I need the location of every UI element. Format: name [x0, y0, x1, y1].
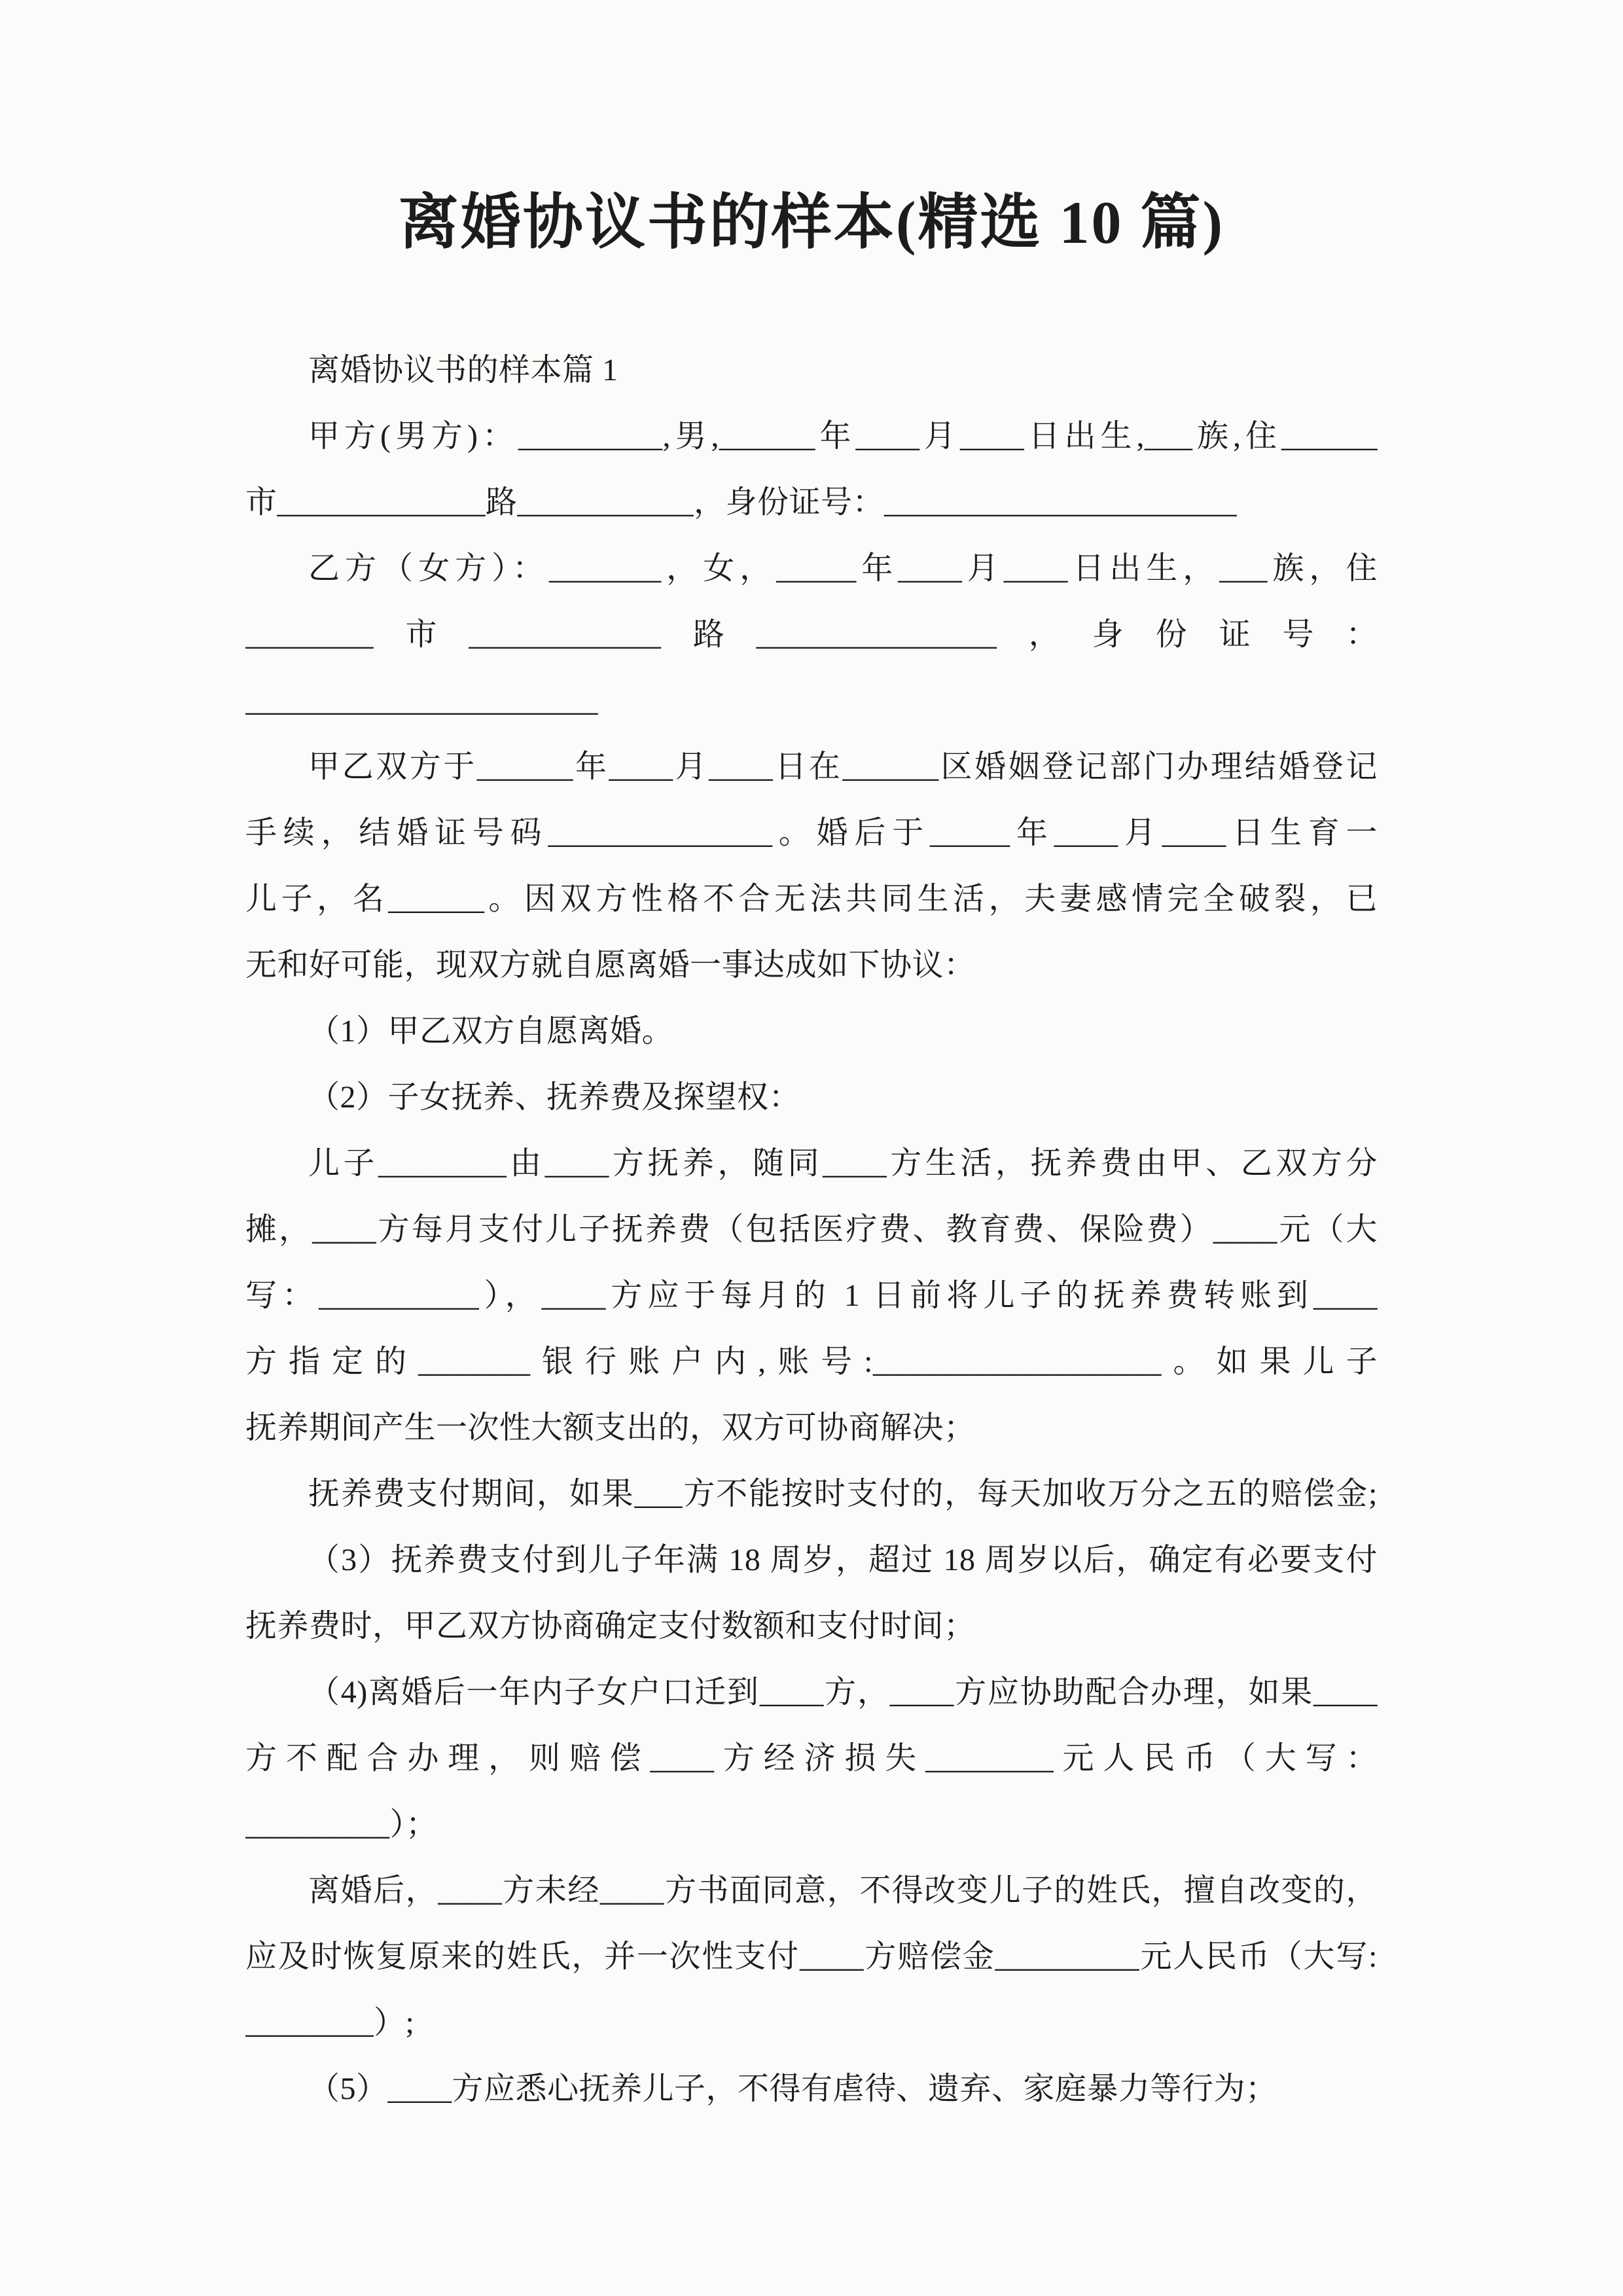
text-line: （1）甲乙双方自愿离婚。: [245, 998, 1378, 1064]
text-line: 应及时恢复原来的姓氏，并一次性支付____方赔偿金_________元人民币（大…: [245, 1924, 1378, 1990]
text-line: 离婚协议书的样本篇 1: [245, 337, 1378, 403]
text-line: 乙方（女方）：_______，女，_____年____月____日出生，___族…: [245, 535, 1378, 601]
text-line: 儿子________由____方抚养，随同____方生活，抚养费由甲、乙双方分: [245, 1130, 1378, 1196]
text-line: 摊，____方每月支付儿子抚养费（包括医疗费、教育费、保险费）____元（大: [245, 1196, 1378, 1263]
text-line: （5）____方应悉心抚养儿子，不得有虐待、遗弃、家庭暴力等行为；: [245, 2056, 1378, 2122]
document-body: 离婚协议书的样本篇 1 甲方(男方)：_________,男,______年__…: [245, 337, 1378, 2122]
text-line: 抚养期间产生一次性大额支出的，双方可协商解决；: [245, 1395, 1378, 1461]
text-line: 方不配合办理，则赔偿____方经济损失________元人民币（大写：: [245, 1725, 1378, 1791]
text-line: 抚养费支付期间，如果___方不能按时支付的，每天加收万分之五的赔偿金;: [245, 1461, 1378, 1527]
text-line: （2）子女抚养、抚养费及探望权：: [245, 1064, 1378, 1130]
text-line: 抚养费时，甲乙双方协商确定支付数额和支付时间；: [245, 1593, 1378, 1659]
text-line: （3）抚养费支付到儿子年满 18 周岁，超过 18 周岁以后，确定有必要支付: [245, 1527, 1378, 1593]
text-line: ______________________: [245, 668, 1378, 734]
text-line: 甲乙双方于______年____月____日在______区婚姻登记部门办理结婚…: [245, 734, 1378, 800]
text-line: （4)离婚后一年内子女户口迁到____方，____方应协助配合办理，如果____: [245, 1659, 1378, 1725]
text-line: _________）；: [245, 1791, 1378, 1857]
text-line: 无和好可能，现双方就自愿离婚一事达成如下协议：: [245, 932, 1378, 998]
document-title: 离婚协议书的样本(精选 10 篇): [245, 170, 1378, 275]
blank-line: [245, 275, 1378, 337]
text-line: ________市____________路_______________，身份…: [245, 601, 1378, 668]
text-line: 甲方(男方)：_________,男,______年____月____日出生,_…: [245, 403, 1378, 469]
page: 离婚协议书的样本(精选 10 篇) 离婚协议书的样本篇 1 甲方(男方)：___…: [0, 0, 1623, 2296]
text-line: 市_____________路___________，身份证号：________…: [245, 469, 1378, 535]
text-line: 离婚后，____方未经____方书面同意，不得改变儿子的姓氏，擅自改变的，: [245, 1857, 1378, 1924]
text-line: 写：__________），____方应于每月的 1 日前将儿子的抚养费转账到_…: [245, 1263, 1378, 1329]
text-line: 手续，结婚证号码______________。婚后于_____年____月___…: [245, 800, 1378, 866]
text-line: 方指定的_______银行账户内,账号:__________________。如…: [245, 1329, 1378, 1395]
text-line: 儿子，名______。因双方性格不合无法共同生活，夫妻感情完全破裂，已: [245, 866, 1378, 932]
text-line: ________）;: [245, 1990, 1378, 2056]
